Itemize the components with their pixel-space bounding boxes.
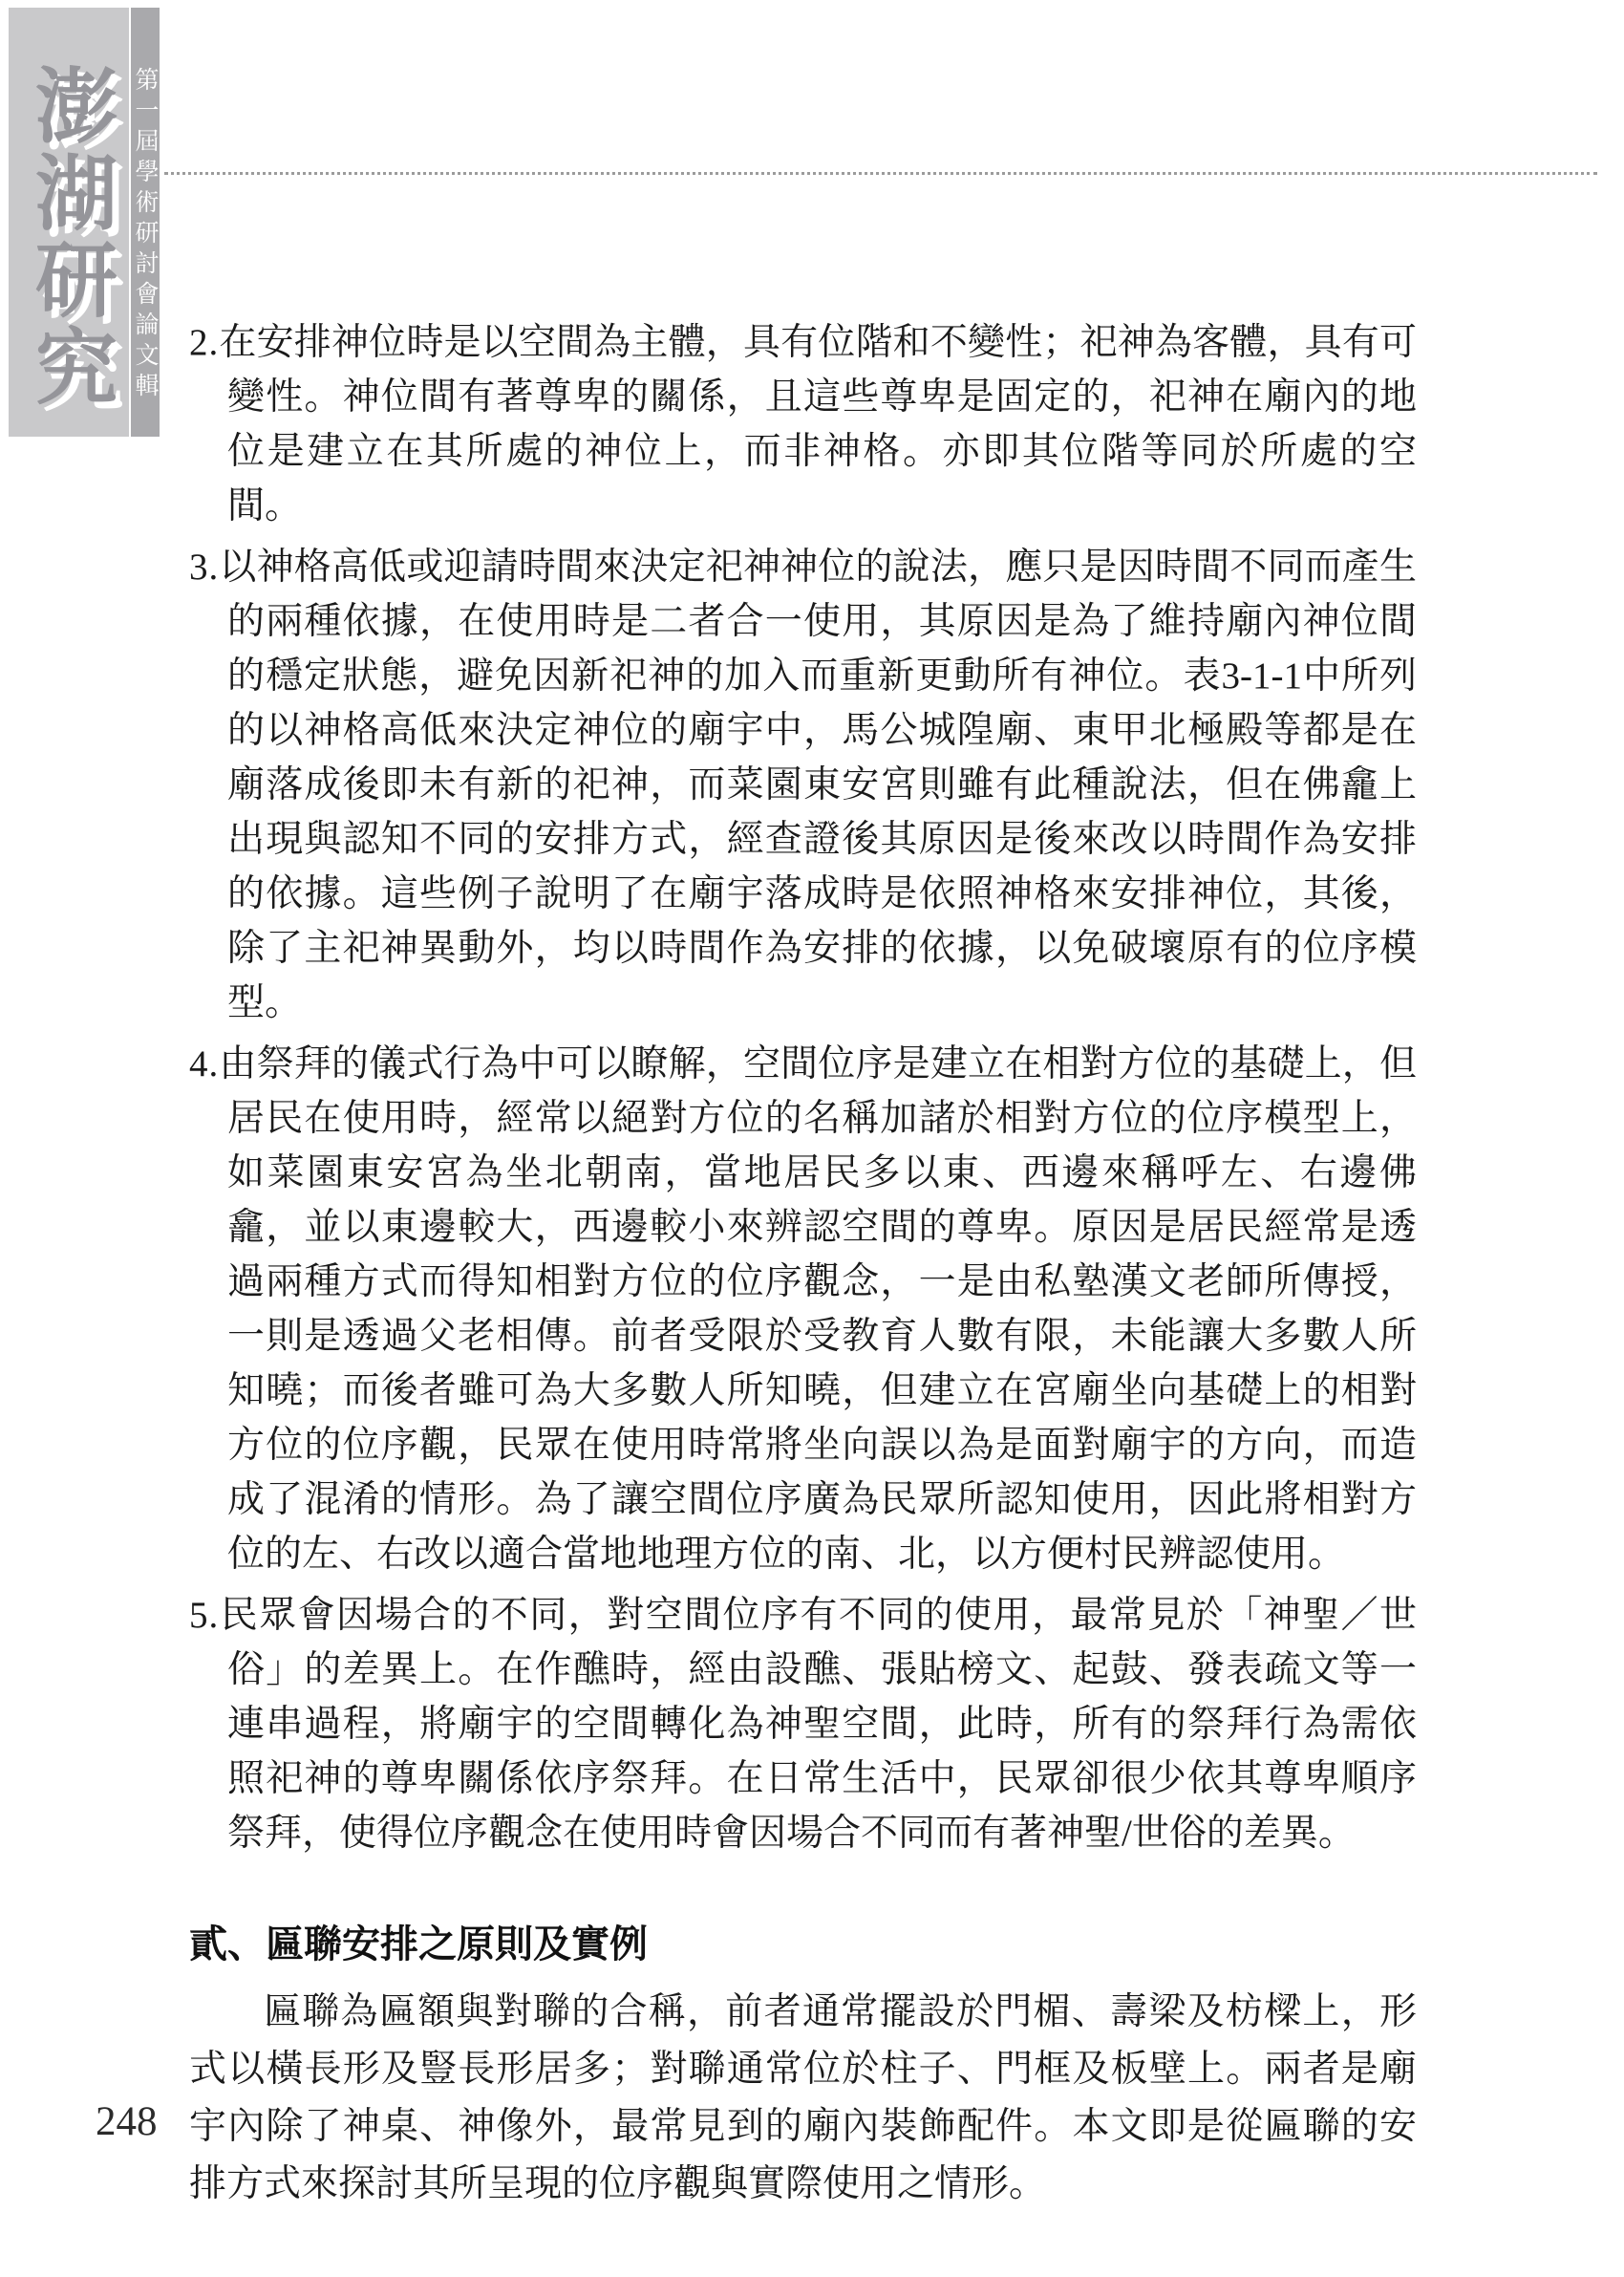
page-number: 248 [96, 2098, 158, 2145]
item-text: 以神格高低或迎請時間來決定祀神神位的說法，應只是因時間不同而產生的兩種依據，在使… [219, 547, 1417, 1023]
series-title-vertical: 澎湖研究 [10, 8, 128, 437]
numbered-paragraph-4: 4.由祭拜的儀式行為中可以瞭解，空間位序是建立在相對方位的基礎上，但居民在使用時… [189, 1037, 1417, 1581]
item-text: 民眾會因場合的不同，對空間位序有不同的使用，最常見於「神聖／世俗」的差異上。在作… [219, 1595, 1417, 1854]
sidebar-subtitle-strip: 第一屆學術研討會論文輯 [131, 8, 160, 437]
numbered-paragraph-2: 2.在安排神位時是以空間為主體，具有位階和不變性；祀神為客體，具有可變性。神位間… [189, 315, 1417, 533]
main-text-column: 2.在安排神位時是以空間為主體，具有位階和不變性；祀神為客體，具有可變性。神位間… [189, 315, 1417, 2213]
section-heading: 貳、匾聯安排之原則及實例 [189, 1918, 1417, 1972]
section-paragraph: 匾聯為匾額與對聯的合稱，前者通常擺設於門楣、壽梁及枋樑上，形式以橫長形及豎長形居… [189, 1984, 1417, 2213]
item-text: 在安排神位時是以空間為主體，具有位階和不變性；祀神為客體，具有可變性。神位間有著… [219, 322, 1417, 526]
volume-subtitle-vertical: 第一屆學術研討會論文輯 [128, 8, 162, 437]
item-number: 2. [189, 322, 219, 363]
numbered-paragraph-3: 3.以神格高低或迎請時間來決定祀神神位的說法，應只是因時間不同而產生的兩種依據，… [189, 540, 1417, 1030]
sidebar-title-box: 澎湖研究 [9, 8, 129, 437]
item-text: 由祭拜的儀式行為中可以瞭解，空間位序是建立在相對方位的基礎上，但居民在使用時，經… [219, 1043, 1417, 1575]
item-number: 4. [189, 1043, 219, 1085]
item-number: 3. [189, 547, 219, 588]
item-number: 5. [189, 1595, 219, 1636]
header-dotted-rule [164, 172, 1597, 175]
numbered-paragraph-5: 5.民眾會因場合的不同，對空間位序有不同的使用，最常見於「神聖／世俗」的差異上。… [189, 1588, 1417, 1860]
